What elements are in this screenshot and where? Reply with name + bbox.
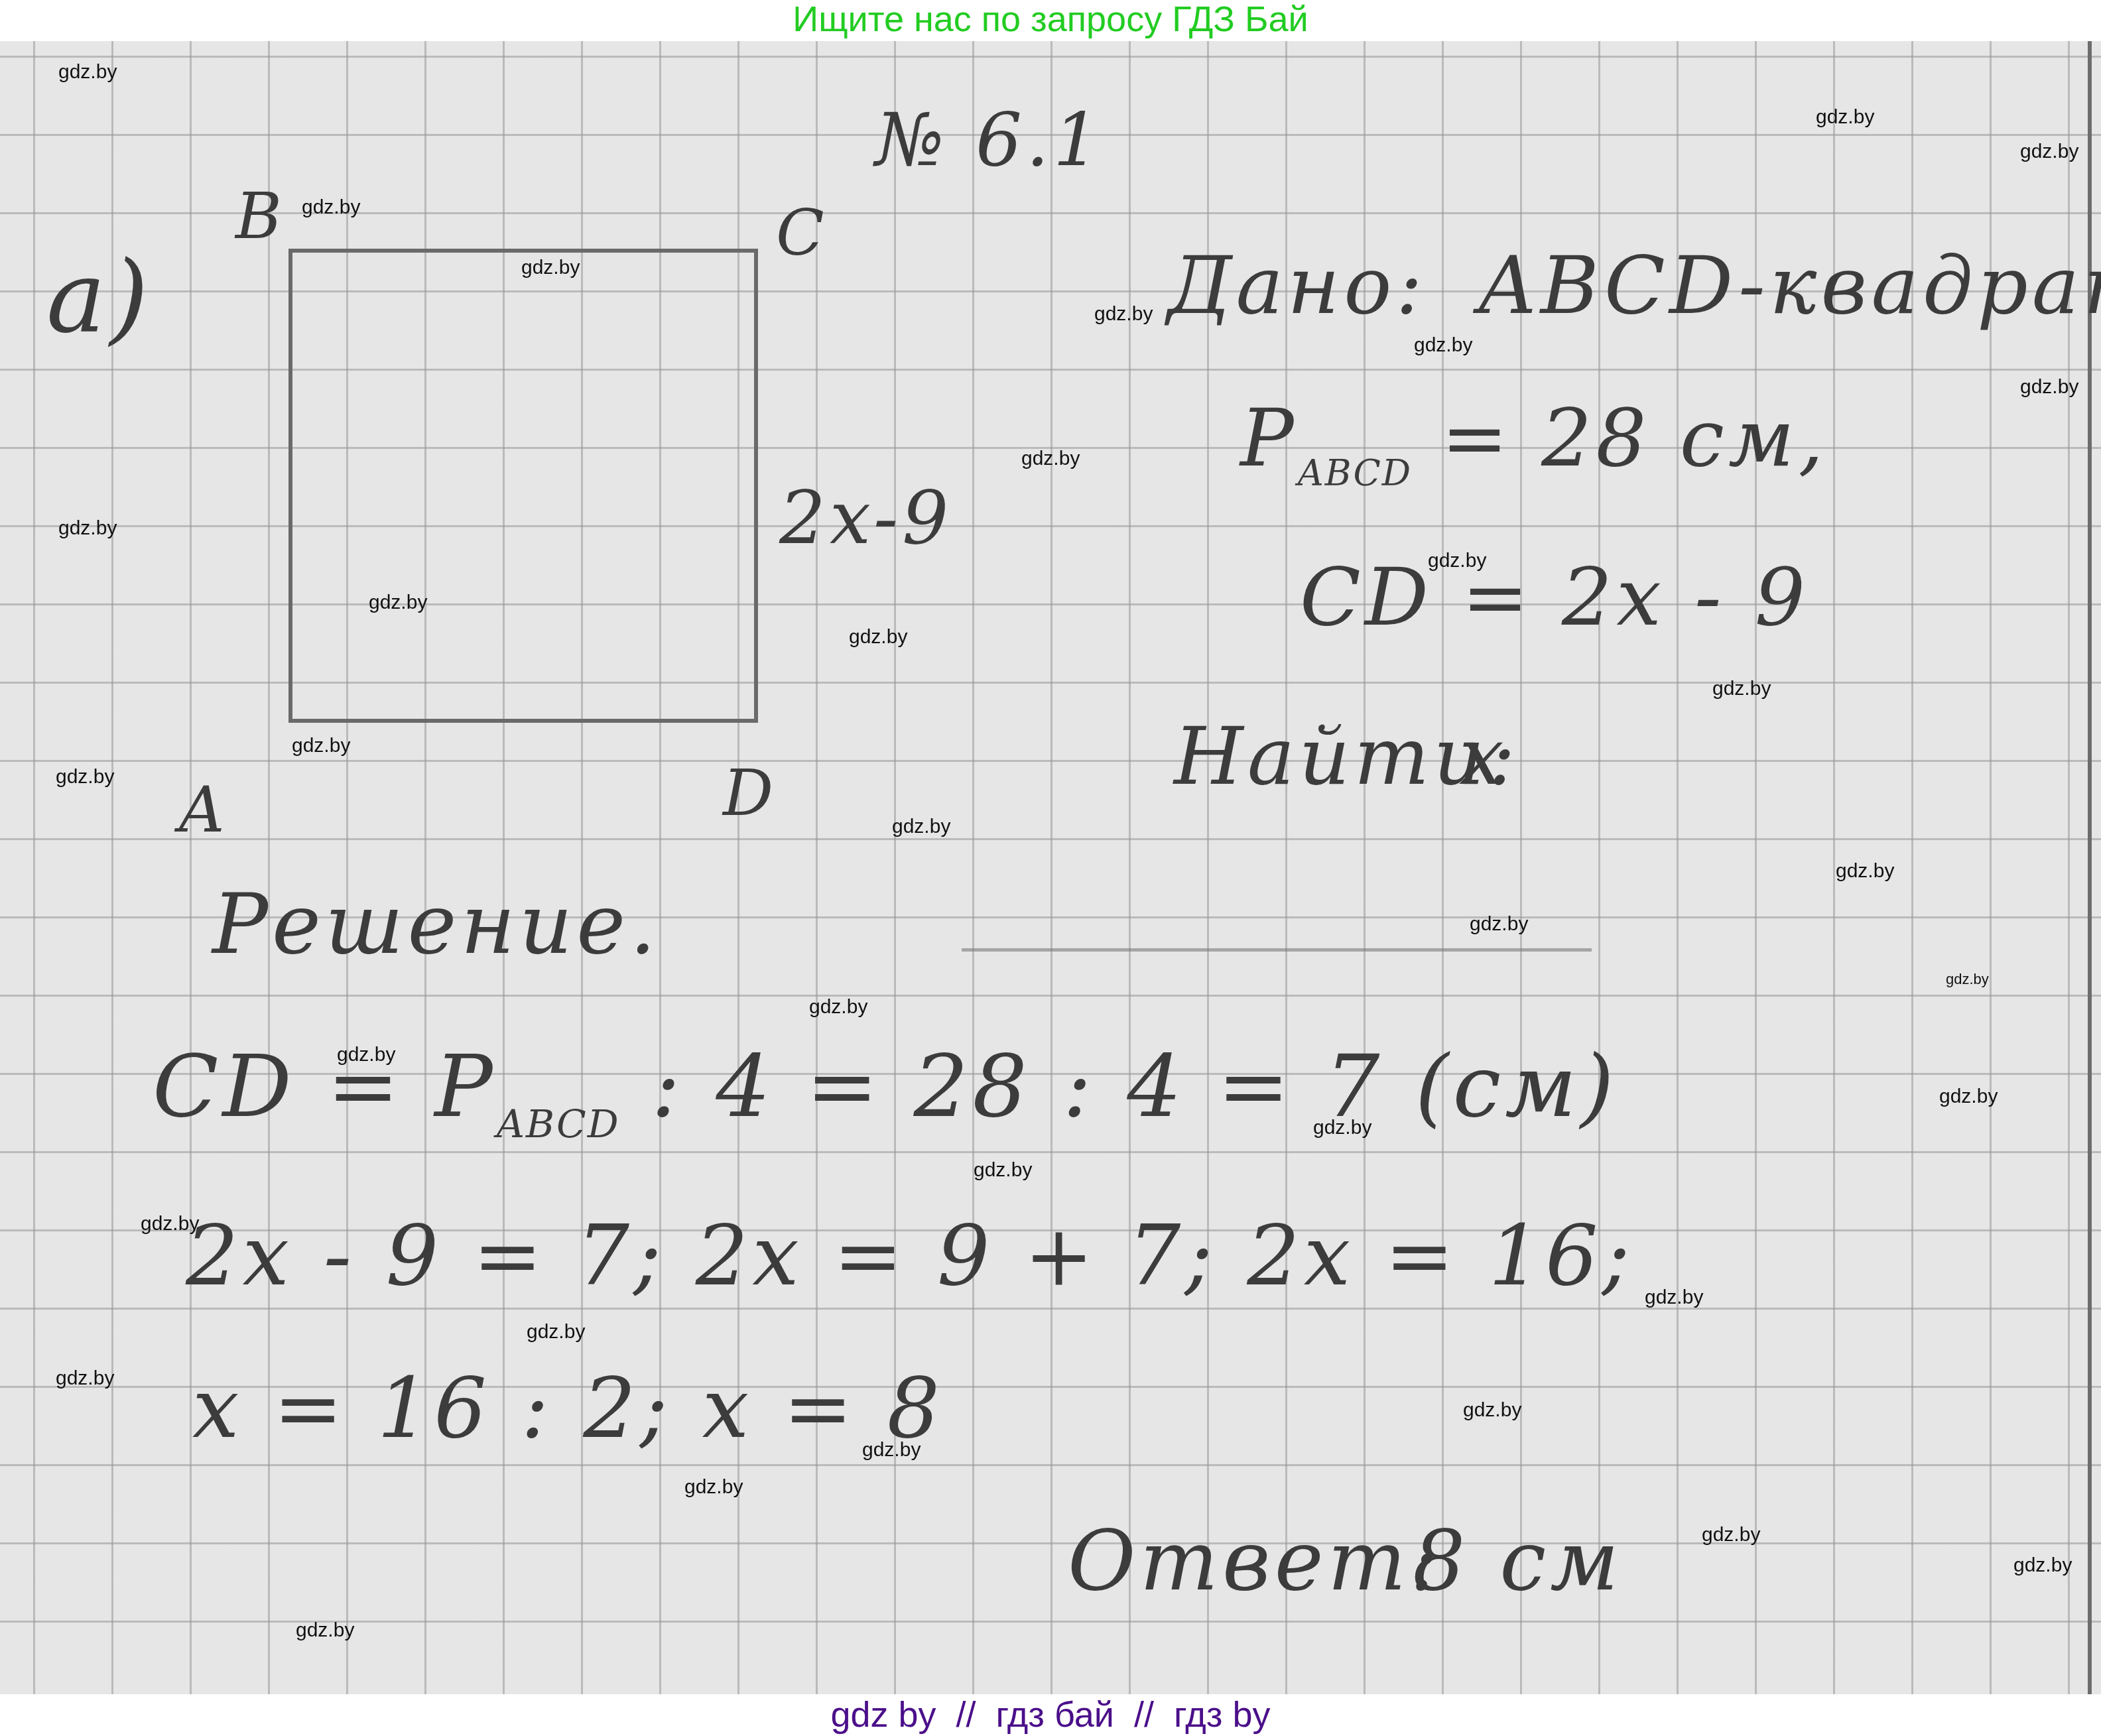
watermark: gdz.by [527, 1321, 585, 1343]
watermark: gdz.by [1470, 913, 1528, 936]
bottom-banner-text: gdz by // гдз бай // гдз by [830, 1695, 1270, 1735]
watermark: gdz.by [1702, 1524, 1760, 1546]
given-separator-line [962, 948, 1592, 952]
solution-line-3: x = 16 : 2; x = 8 [192, 1361, 944, 1457]
watermark: gdz.by [1712, 678, 1771, 700]
watermark: gdz.by [809, 996, 867, 1019]
watermark: gdz.by [1939, 1085, 1998, 1108]
vertex-c: C [776, 197, 828, 270]
watermark: gdz.by [58, 61, 117, 84]
watermark: gdz.by [2020, 141, 2078, 163]
watermark: gdz.by [141, 1213, 199, 1235]
watermark: gdz.by [1313, 1117, 1371, 1139]
solution-perimeter-symbol: P [434, 1036, 496, 1137]
answer-value: 8 см [1413, 1513, 1623, 1609]
problem-number: № 6.1 [875, 97, 1104, 182]
watermark: gdz.by [2013, 1554, 2072, 1577]
watermark: gdz.by [296, 1619, 354, 1642]
perimeter-value: = 28 см, [1441, 393, 1827, 485]
watermark: gdz.by [56, 766, 114, 788]
answer-title: Ответ: [1068, 1513, 1442, 1609]
solution-line-1-rest: : 4 = 28 : 4 = 7 (см) [651, 1036, 1618, 1137]
watermark: gdz.by [1645, 1286, 1703, 1309]
watermark: gdz.by [1463, 1399, 1521, 1422]
given-title: Дано: [1167, 240, 1427, 332]
watermark: gdz.by [974, 1159, 1032, 1182]
vertex-d: D [723, 757, 777, 830]
vertex-a: A [179, 774, 229, 847]
watermark: gdz.by [1414, 334, 1472, 357]
top-banner-text: Ищите нас по запросу ГДЗ Бай [793, 0, 1308, 39]
watermark: gdz.by [521, 257, 580, 279]
watermark: gdz.by [1428, 550, 1486, 572]
watermark: gdz.by [56, 1367, 114, 1390]
watermark: gdz.by [2020, 376, 2078, 399]
watermark: gdz.by [849, 626, 907, 649]
watermark: gdz.by [1946, 971, 1989, 988]
given-perimeter: PABCD = 28 см, [1240, 393, 1828, 494]
solution-title: Решение. [212, 877, 660, 973]
solution-line-2: 2x - 9 = 7; 2x = 9 + 7; 2x = 16; [186, 1208, 1634, 1304]
bottom-banner: gdz by // гдз бай // гдз by [0, 1694, 2101, 1736]
perimeter-subscript: ABCD [1298, 452, 1412, 494]
watermark: gdz.by [684, 1476, 743, 1499]
given-figure-statement: ABCD-квадрат, [1479, 240, 2101, 332]
side-label: 2x-9 [779, 475, 952, 560]
notebook-page: № 6.1 а) B C A D 2x-9 Дано: ABCD-квадрат… [0, 41, 2101, 1694]
perimeter-symbol: P [1240, 393, 1298, 485]
solution-perimeter-subscript: ABCD [497, 1101, 620, 1147]
watermark: gdz.by [892, 816, 950, 838]
square-figure [288, 249, 758, 723]
watermark: gdz.by [337, 1044, 395, 1066]
vertex-b: B [235, 180, 286, 253]
watermark: gdz.by [1816, 106, 1874, 129]
watermark: gdz.by [292, 735, 350, 757]
watermark: gdz.by [1021, 448, 1080, 470]
watermark: gdz.by [862, 1439, 921, 1461]
find-value: x [1459, 711, 1508, 803]
watermark: gdz.by [369, 591, 427, 614]
top-banner: Ищите нас по запросу ГДЗ Бай [0, 0, 2101, 41]
watermark: gdz.by [1836, 860, 1894, 883]
part-label: а) [46, 240, 153, 355]
watermark: gdz.by [58, 517, 117, 540]
watermark: gdz.by [1094, 303, 1153, 326]
watermark: gdz.by [302, 196, 360, 219]
given-cd: CD = 2x - 9 [1300, 552, 1809, 644]
